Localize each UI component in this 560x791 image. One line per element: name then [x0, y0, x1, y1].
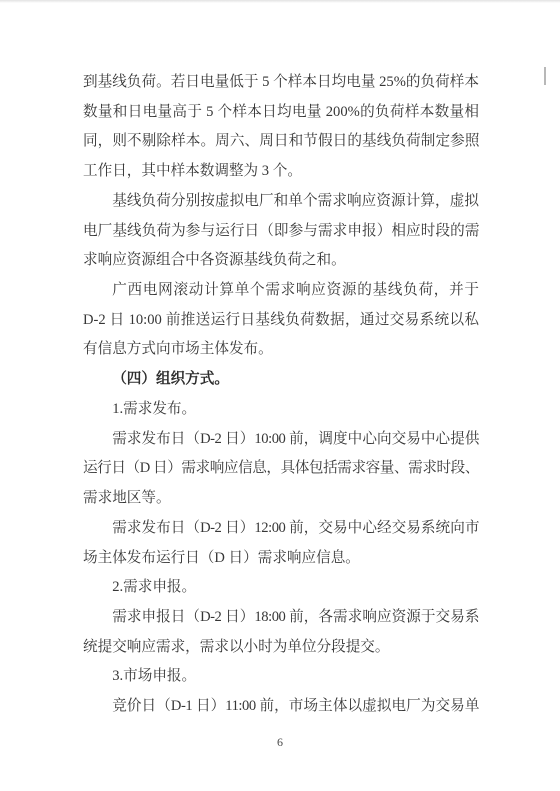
list-item-heading: 2.需求申报。 [83, 573, 479, 603]
text-line: 场主体发布运行日（D 日）需求响应信息。 [83, 544, 479, 574]
text-line: D-2 日 10:00 前推送运行日基线负荷数据，通过交易系统以私 [83, 306, 479, 336]
document-page: 到基线负荷。若日电量低于 5 个样本日均电量 25%的负荷样本 数量和日电量高于… [0, 0, 560, 791]
text-line: 需求地区等。 [83, 484, 479, 514]
document-body-text: 到基线负荷。若日电量低于 5 个样本日均电量 25%的负荷样本 数量和日电量高于… [83, 68, 479, 722]
text-line: 有信息方式向市场主体发布。 [83, 335, 479, 365]
scan-mark-artifact [544, 67, 546, 85]
text-line: 工作日，其中样本数调整为 3 个。 [83, 157, 479, 187]
text-line: 需求发布日（D-2 日）10:00 前，调度中心向交易中心提供 [83, 425, 479, 455]
list-item-heading: 1.需求发布。 [83, 395, 479, 425]
text-line: 统提交响应需求，需求以小时为单位分段提交。 [83, 633, 479, 663]
text-line: 竞价日（D-1 日）11:00 前，市场主体以虚拟电厂为交易单 [83, 692, 479, 722]
section-heading: （四）组织方式。 [83, 365, 479, 395]
scan-edge-artifact [0, 0, 560, 3]
text-line: 到基线负荷。若日电量低于 5 个样本日均电量 25%的负荷样本 [83, 68, 479, 98]
text-line: 数量和日电量高于 5 个样本日均电量 200%的负荷样本数量相 [83, 98, 479, 128]
page-number: 6 [0, 735, 560, 750]
text-line: 电厂基线负荷为参与运行日（即参与需求申报）相应时段的需 [83, 217, 479, 247]
text-line: 需求申报日（D-2 日）18:00 前，各需求响应资源于交易系 [83, 603, 479, 633]
text-line: 需求发布日（D-2 日）12:00 前，交易中心经交易系统向市 [83, 514, 479, 544]
text-line: 同，则不剔除样本。周六、周日和节假日的基线负荷制定参照 [83, 127, 479, 157]
text-line: 广西电网滚动计算单个需求响应资源的基线负荷，并于 [83, 276, 479, 306]
list-item-heading: 3.市场申报。 [83, 662, 479, 692]
text-line: 基线负荷分别按虚拟电厂和单个需求响应资源计算，虚拟 [83, 187, 479, 217]
text-line: 运行日（D 日）需求响应信息，具体包括需求容量、需求时段、 [83, 454, 479, 484]
text-line: 求响应资源组合中各资源基线负荷之和。 [83, 246, 479, 276]
